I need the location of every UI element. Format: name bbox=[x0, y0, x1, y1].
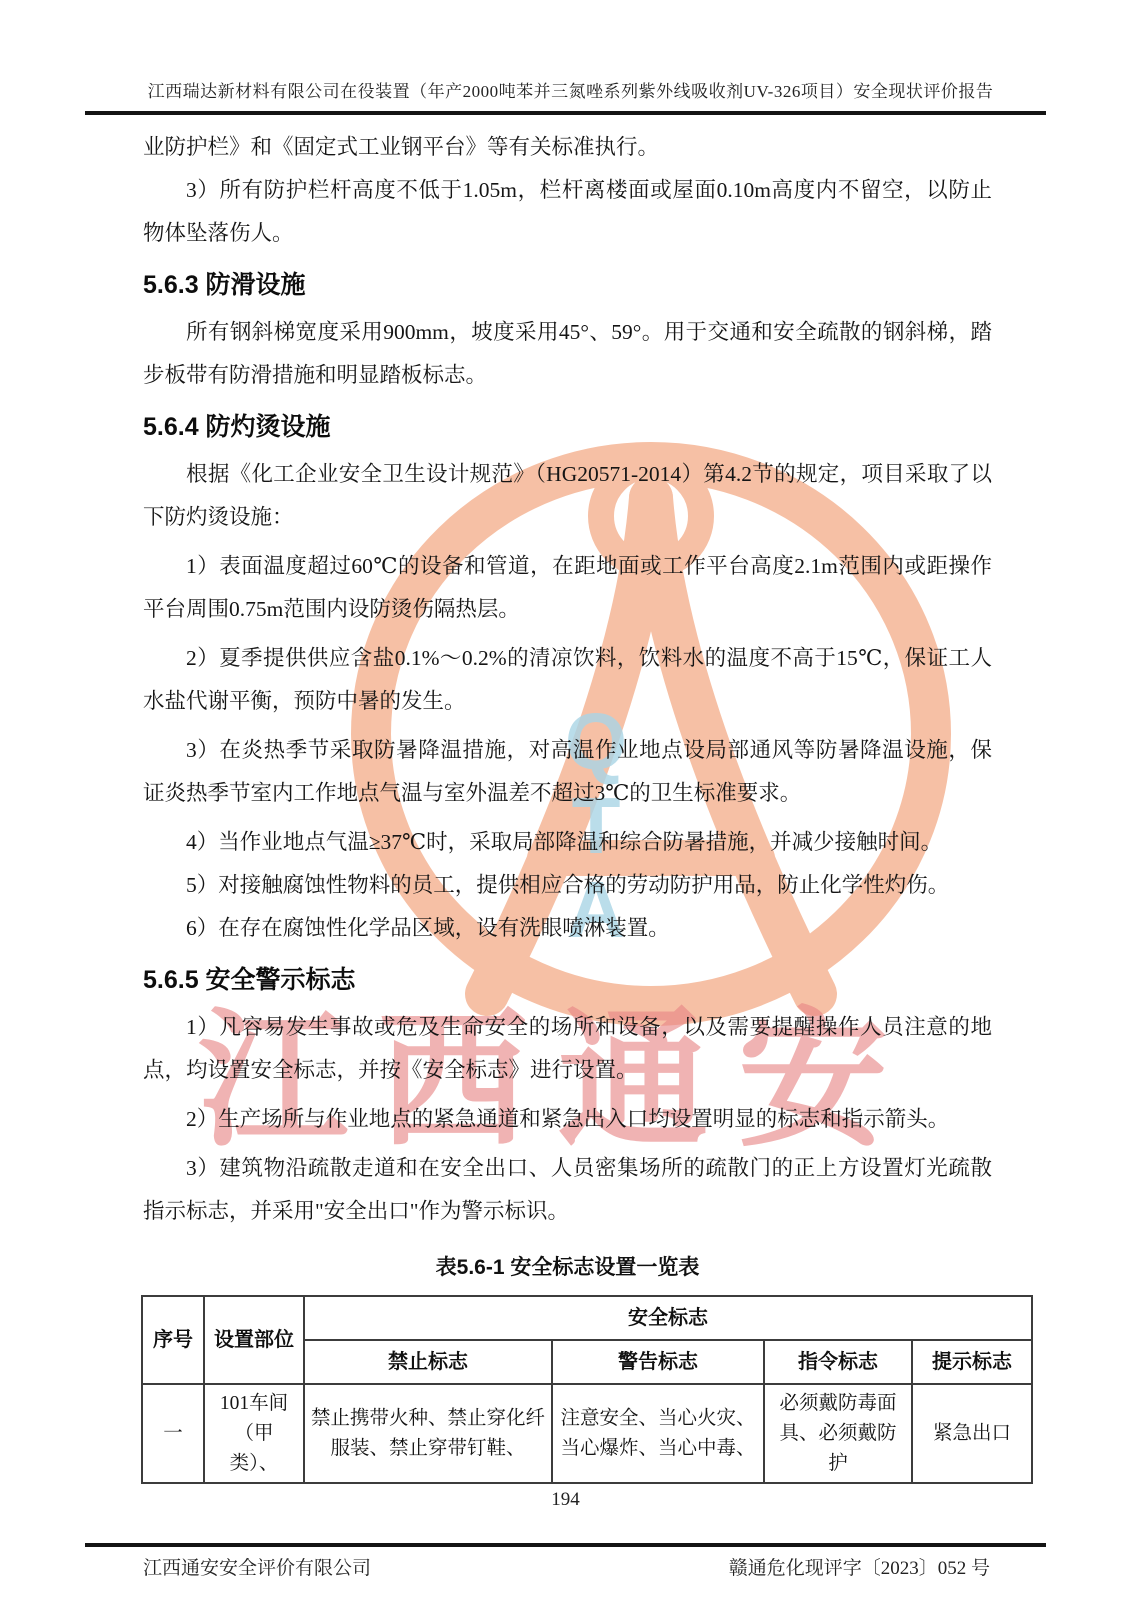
cell-index: 一 bbox=[142, 1384, 204, 1483]
document-body: 业防护栏》和《固定式工业钢平台》等有关标准执行。 3）所有防护栏杆高度不低于1.… bbox=[143, 126, 992, 1484]
paragraph: 所有钢斜梯宽度采用900mm，坡度采用45°、59°。用于交通和安全疏散的钢斜梯… bbox=[143, 311, 992, 397]
list-item: 1）凡容易发生事故或危及生命安全的场所和设备，以及需要提醒操作人员注意的地点，均… bbox=[143, 1006, 992, 1092]
col-header-index: 序号 bbox=[142, 1296, 204, 1384]
list-item: 2）生产场所与作业地点的紧急通道和紧急出入口均设置明显的标志和指示箭头。 bbox=[143, 1098, 992, 1141]
paragraph: 3）所有防护栏杆高度不低于1.05m，栏杆离楼面或屋面0.10m高度内不留空，以… bbox=[143, 169, 992, 255]
cell-warning: 注意安全、当心火灾、当心爆炸、当心中毒、 bbox=[552, 1384, 764, 1483]
section-heading-563: 5.6.3 防滑设施 bbox=[143, 268, 992, 302]
paragraph: 根据《化工企业安全卫生设计规范》（HG20571-2014）第4.2节的规定，项… bbox=[143, 453, 992, 539]
header-rule bbox=[85, 111, 1046, 115]
page-number: 194 bbox=[0, 1489, 1131, 1511]
section-heading-565: 5.6.5 安全警示标志 bbox=[143, 963, 992, 997]
section-heading-564: 5.6.4 防灼烫设施 bbox=[143, 410, 992, 444]
col-header-location: 设置部位 bbox=[204, 1296, 304, 1384]
col-header-prohibition: 禁止标志 bbox=[304, 1340, 552, 1384]
report-page: Q T A 江西通安 江西瑞达新材料有限公司在役装置（年产2000吨苯并三氮唑系… bbox=[0, 0, 1131, 1600]
cell-notice: 紧急出口 bbox=[912, 1384, 1032, 1483]
cell-prohibition: 禁止携带火种、禁止穿化纤服装、禁止穿带钉鞋、 bbox=[304, 1384, 552, 1483]
cell-mandatory: 必须戴防毒面具、必须戴防护 bbox=[764, 1384, 912, 1483]
paragraph: 业防护栏》和《固定式工业钢平台》等有关标准执行。 bbox=[143, 126, 992, 169]
table-header-row-1: 序号 设置部位 安全标志 bbox=[142, 1296, 1032, 1340]
table-caption: 表5.6-1 安全标志设置一览表 bbox=[143, 1251, 992, 1281]
col-header-notice: 提示标志 bbox=[912, 1340, 1032, 1384]
footer-rule bbox=[85, 1543, 1046, 1547]
safety-signs-table: 序号 设置部位 安全标志 禁止标志 警告标志 指令标志 提示标志 一 101车间… bbox=[141, 1295, 1033, 1484]
page-header-title: 江西瑞达新材料有限公司在役装置（年产2000吨苯并三氮唑系列紫外线吸收剂UV-3… bbox=[90, 77, 1051, 102]
col-header-group: 安全标志 bbox=[304, 1296, 1032, 1340]
list-item: 3）在炎热季节采取防暑降温措施，对高温作业地点设局部通风等防暑降温设施，保证炎热… bbox=[143, 729, 992, 815]
col-header-warning: 警告标志 bbox=[552, 1340, 764, 1384]
footer-company: 江西通安安全评价有限公司 bbox=[143, 1553, 371, 1580]
footer-doc-number: 赣通危化现评字〔2023〕052 号 bbox=[729, 1553, 990, 1580]
list-item: 6）在存在腐蚀性化学品区域，设有洗眼喷淋装置。 bbox=[143, 907, 992, 950]
cell-location: 101车间（甲类）、 bbox=[204, 1384, 304, 1483]
col-header-mandatory: 指令标志 bbox=[764, 1340, 912, 1384]
list-item: 1）表面温度超过60℃的设备和管道，在距地面或工作平台高度2.1m范围内或距操作… bbox=[143, 545, 992, 631]
list-item: 4）当作业地点气温≥37℃时，采取局部降温和综合防暑措施，并减少接触时间。 bbox=[143, 821, 992, 864]
table-row: 一 101车间（甲类）、 禁止携带火种、禁止穿化纤服装、禁止穿带钉鞋、 注意安全… bbox=[142, 1384, 1032, 1483]
list-item: 2）夏季提供供应含盐0.1%～0.2%的清凉饮料，饮料水的温度不高于15℃，保证… bbox=[143, 637, 992, 723]
list-item: 3）建筑物沿疏散走道和在安全出口、人员密集场所的疏散门的正上方设置灯光疏散指示标… bbox=[143, 1147, 992, 1233]
list-item: 5）对接触腐蚀性物料的员工，提供相应合格的劳动防护用品，防止化学性灼伤。 bbox=[143, 864, 992, 907]
